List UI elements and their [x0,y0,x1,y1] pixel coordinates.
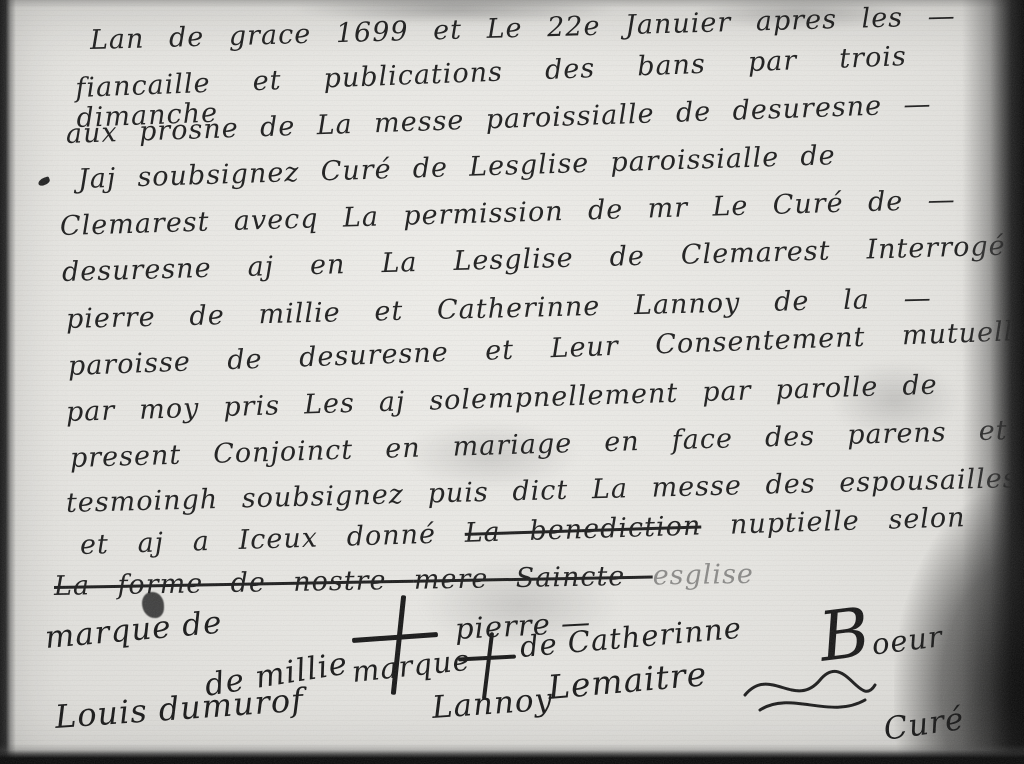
signature-cure-boeur: Boeur [817,597,945,667]
line12-struck-benediction: La benediction [464,510,701,548]
signature-lemaitre: Lemaitre [546,654,708,707]
act-line-6: desuresne aj en La Lesglise de Clemarest… [62,232,1006,288]
act-line-4: Jaj soubsignez Curé de Lesglise paroissi… [78,141,837,194]
line12-pre: et aj a Iceux donné [80,518,466,561]
signature-marque-de-label: marque de [43,605,223,656]
act-line-10: present Conjoinct en mariage en face des… [70,416,1008,474]
signature-cure-title: Curé [881,701,966,748]
line13-struck-2: mere Saincte [414,561,653,596]
ink-blot [37,176,51,187]
line13-esglise: esglise [652,559,754,592]
scan-edge-bottom [0,744,1024,764]
scanned-parish-register-page: Lan de grace 1699 et Le 22e Januier apre… [0,0,1024,764]
scan-edge-left [0,0,16,764]
book-gutter-shadow [962,0,1024,764]
signature-louis-dumurof: Louis dumurof [54,681,305,736]
act-line-9: par moy pris Les aj solempnellement par … [66,371,939,428]
signature-lannoy: Lannoy [431,682,554,726]
line12-post: nuptielle selon [701,502,966,541]
act-line-5: Clemarest avecq La permission de mr Le C… [60,185,956,241]
cure-signature-rest: oeur [870,619,945,661]
cure-signature-initial: B [815,593,875,678]
